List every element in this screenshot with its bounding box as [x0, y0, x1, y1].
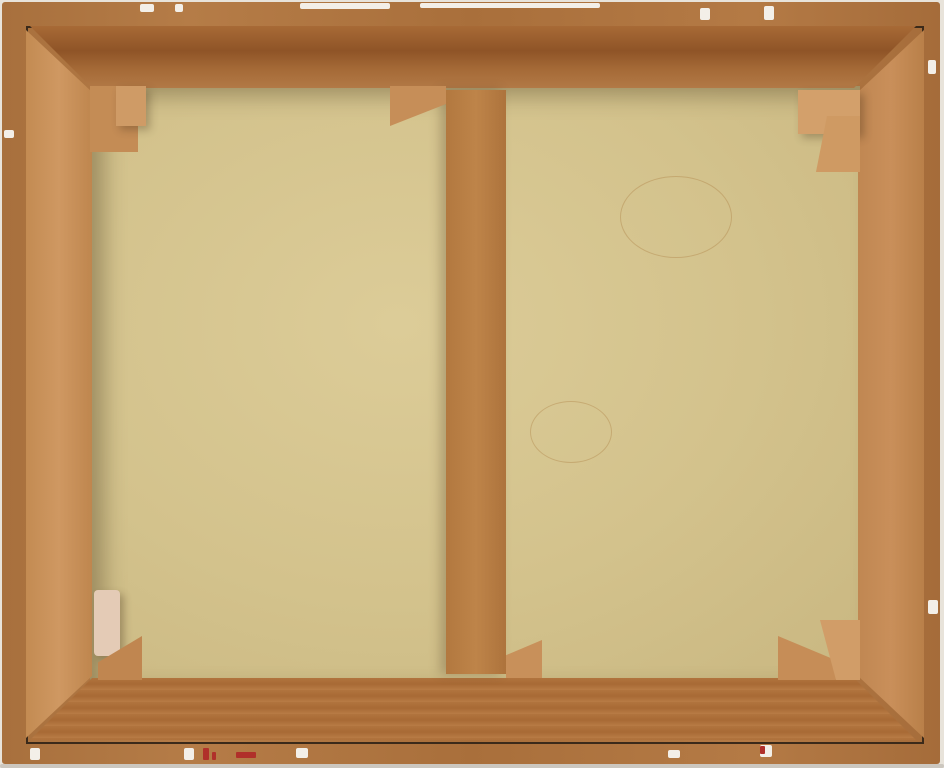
corner-key-bottom-left-pale	[94, 590, 120, 656]
red-mark	[212, 752, 216, 760]
paint-speck	[300, 3, 390, 9]
paint-speck	[420, 3, 600, 8]
stretcher-bar-top	[30, 26, 916, 88]
paint-speck	[668, 750, 680, 758]
paint-speck	[30, 748, 40, 760]
paint-speck	[4, 130, 14, 138]
red-mark	[236, 752, 256, 758]
paint-speck	[928, 60, 936, 74]
paint-speck	[140, 4, 154, 12]
corner-key-top-left-2	[116, 86, 146, 126]
paint-speck	[296, 748, 308, 758]
red-mark	[760, 746, 765, 754]
stretcher-bar-bottom	[30, 678, 916, 740]
paint-speck	[175, 4, 183, 12]
paint-speck	[764, 6, 774, 20]
photo-scene	[0, 0, 944, 768]
stretcher-bar-right	[858, 30, 924, 738]
photo-bottom-edge	[0, 764, 944, 768]
stretcher-bar-left	[26, 30, 92, 738]
paint-speck	[184, 748, 194, 760]
stretcher-crossbar-center	[446, 90, 506, 674]
paint-speck	[700, 8, 710, 20]
red-mark	[203, 748, 209, 760]
paint-speck	[928, 600, 938, 614]
